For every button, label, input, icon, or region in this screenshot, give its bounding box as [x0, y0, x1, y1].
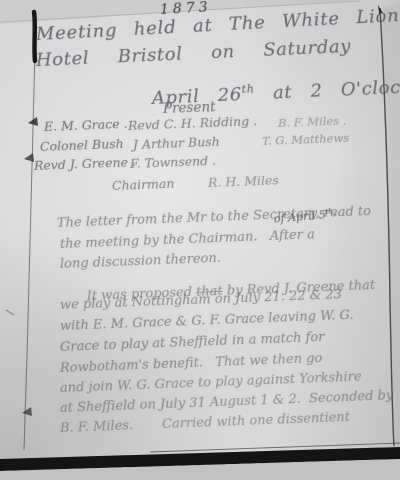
margin-arrow-mark-3 [22, 407, 32, 416]
photo-frame: 1873 Meeting held at The White Lion Hote… [0, 0, 400, 480]
attendee-name: J Arthur Bush [133, 136, 220, 152]
margin-arrow-mark-2 [24, 153, 34, 162]
chairman-label: Chairman [112, 178, 175, 193]
heading-time: at 2 O'clock [254, 76, 400, 104]
margin-ink-line [24, 14, 36, 450]
attendee-name: E. M. Grace . [44, 118, 128, 134]
attendee-name: F. Townsend . [130, 155, 217, 171]
attendee-name: Colonel Bush [40, 138, 124, 154]
margin-small-mark [6, 310, 14, 315]
heading-date-ordinal: th [241, 82, 254, 96]
attendee-name: B. F. Miles . [278, 115, 347, 129]
chairman-name: R. H. Miles [208, 174, 279, 189]
